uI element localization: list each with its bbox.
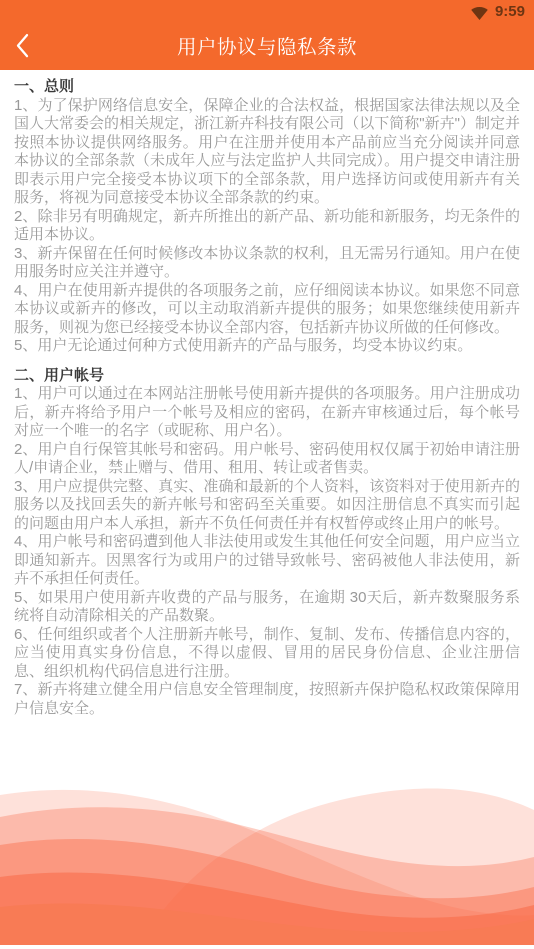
paragraph: 3、用户应提供完整、真实、准确和最新的个人资料，该资料对于使用新卉的服务以及找回… xyxy=(14,478,520,534)
paragraph: 1、用户可以通过在本网站注册帐号使用新卉提供的各项服务。用户注册成功后，新卉将给… xyxy=(14,385,520,441)
section-user-account: 二、用户帐号 1、用户可以通过在本网站注册帐号使用新卉提供的各项服务。用户注册成… xyxy=(14,367,520,719)
nav-bar: 用户协议与隐私条款 xyxy=(0,24,534,70)
screen: 9:59 用户协议与隐私条款 一、总则 1、为了保护网络信息安全，保障企业的合法… xyxy=(0,0,534,949)
paragraph: 2、除非另有明确规定，新卉所推出的新产品、新功能和新服务，均无条件的适用本协议。 xyxy=(14,208,520,245)
paragraph: 2、用户自行保管其帐号和密码。用户帐号、密码使用权仅属于初始申请注册人/申请企业… xyxy=(14,441,520,478)
paragraph: 6、任何组织或者个人注册新卉帐号，制作、复制、发布、传播信息内容的，应当使用真实… xyxy=(14,626,520,682)
paragraph: 4、用户帐号和密码遭到他人非法使用或发生其他任何安全问题，用户应当立即通知新卉。… xyxy=(14,533,520,589)
status-bar: 9:59 xyxy=(0,0,534,24)
status-time: 9:59 xyxy=(495,0,525,24)
paragraph: 1、为了保护网络信息安全，保障企业的合法权益，根据国家法律法规以及全国人大常委会… xyxy=(14,97,520,208)
paragraph: 5、如果用户使用新卉收费的产品与服务，在逾期 30天后，新卉数聚服务系统将自动清… xyxy=(14,589,520,626)
paragraph: 7、新卉将建立健全用户信息安全管理制度，按照新卉保护隐私权政策保障用户信息安全。 xyxy=(14,681,520,718)
page-title: 用户协议与隐私条款 xyxy=(0,31,534,59)
section-heading: 二、用户帐号 xyxy=(14,367,520,386)
wifi-icon xyxy=(470,6,489,21)
section-general: 一、总则 1、为了保护网络信息安全，保障企业的合法权益，根据国家法律法规以及全国… xyxy=(14,78,520,356)
paragraph: 3、新卉保留在任何时候修改本协议条款的权利，且无需另行通知。用户在使用服务时应关… xyxy=(14,245,520,282)
paragraph: 4、用户在使用新卉提供的各项服务之前，应仔细阅读本协议。如果您不同意本协议或新卉… xyxy=(14,282,520,338)
app-bar: 9:59 用户协议与隐私条款 xyxy=(0,0,534,70)
paragraph: 5、用户无论通过何种方式使用新卉的产品与服务，均受本协议约束。 xyxy=(14,337,520,356)
section-heading: 一、总则 xyxy=(14,78,520,97)
agreement-scroll-area[interactable]: 一、总则 1、为了保护网络信息安全，保障企业的合法权益，根据国家法律法规以及全国… xyxy=(0,70,534,949)
